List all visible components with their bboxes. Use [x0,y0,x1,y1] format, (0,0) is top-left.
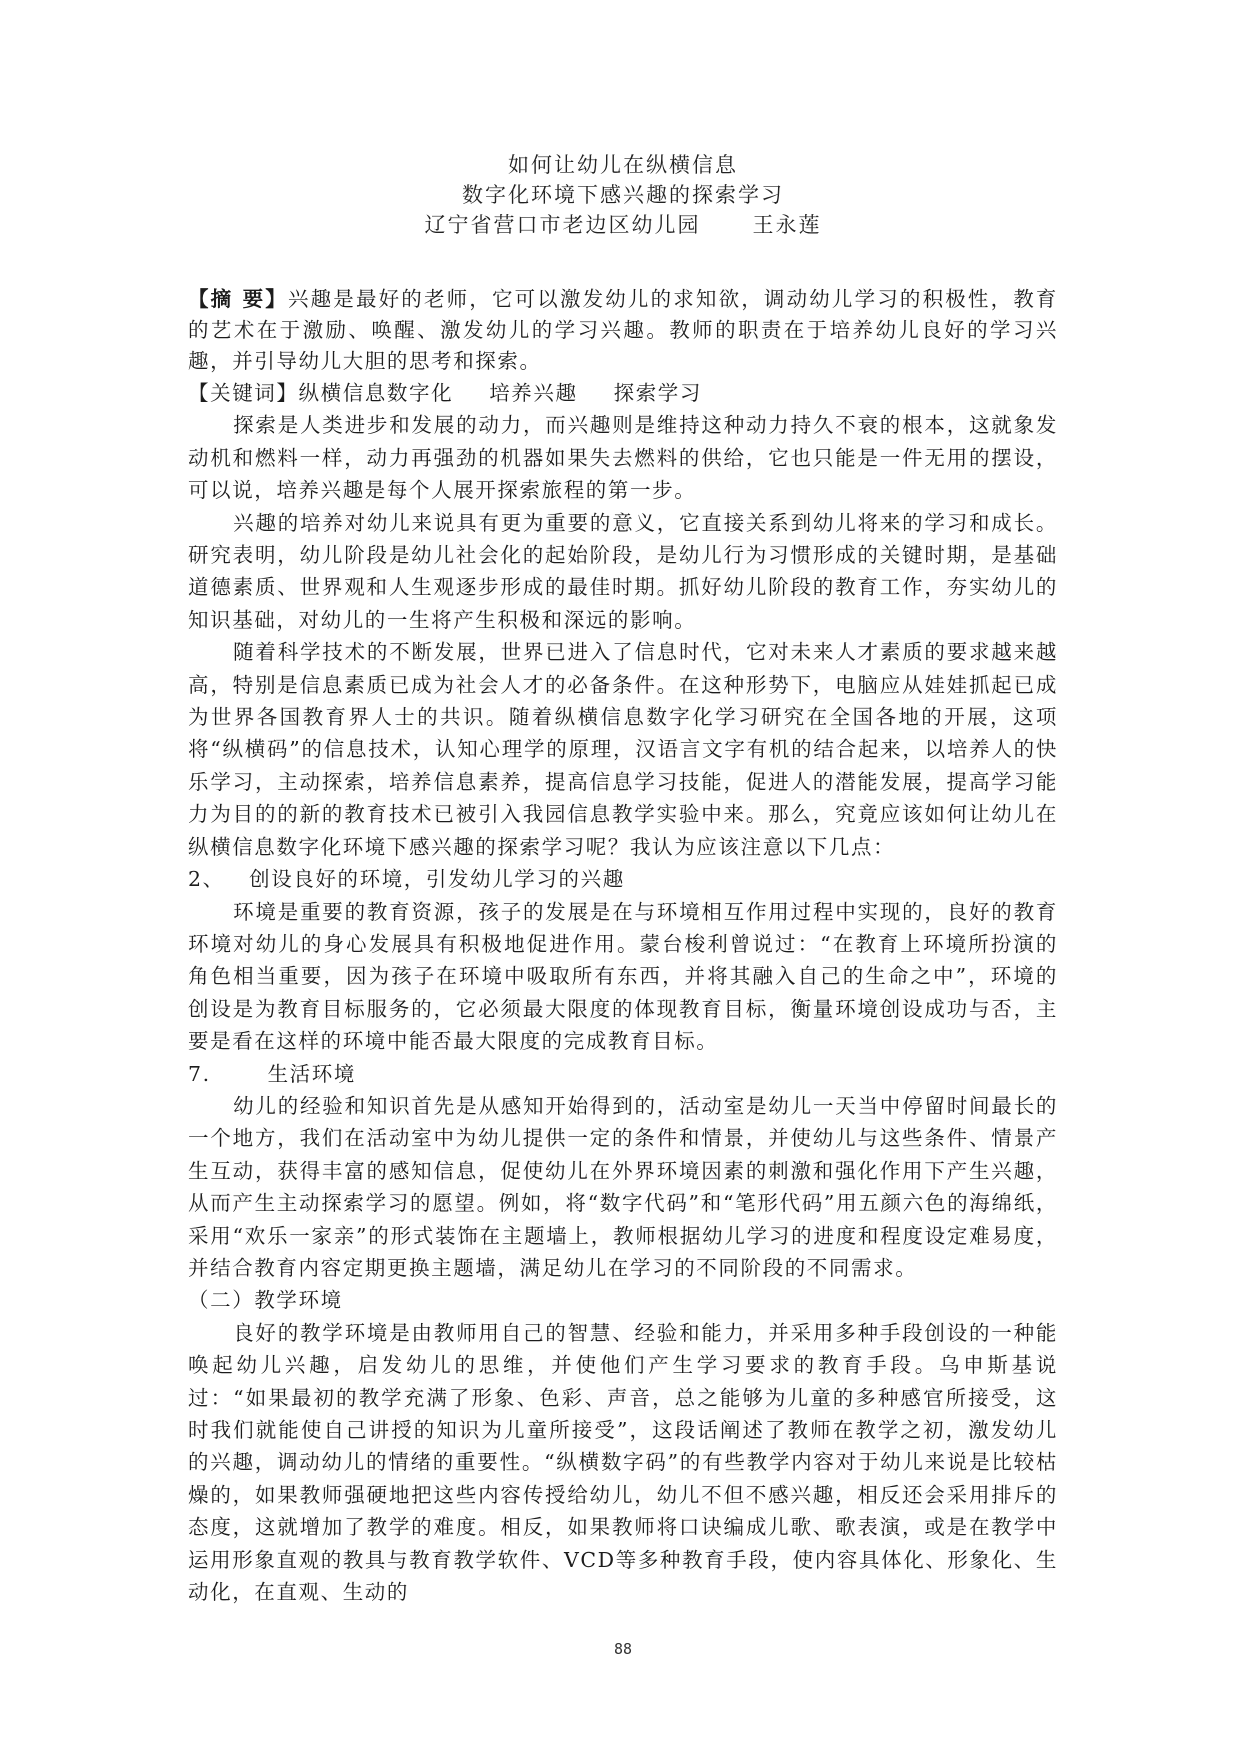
abstract-label: 【摘 要】 [188,287,288,311]
paragraph-2: 兴趣的培养对幼儿来说具有更为重要的意义，它直接关系到幼儿将来的学习和成长。研究表… [188,507,1058,637]
section-heading-teaching-environment: （二）教学环境 [188,1284,1058,1316]
keywords: 【关键词】纵横信息数字化培养兴趣探索学习 [188,377,1058,409]
keyword-2: 培养兴趣 [489,381,577,405]
abstract-text: 兴趣是最好的老师，它可以激发幼儿的求知欲，调动幼儿学习的积极性，教育的艺术在于激… [188,287,1058,373]
author-affiliation: 辽宁省营口市老边区幼儿园 王永莲 [0,210,1246,240]
title-line-1: 如何让幼儿在纵横信息 [0,150,1246,180]
section-heading-environment: 2、 创设良好的环境，引发幼儿学习的兴趣 [188,863,1058,895]
keyword-1: 纵横信息数字化 [299,381,454,405]
title-block: 如何让幼儿在纵横信息 数字化环境下感兴趣的探索学习 辽宁省营口市老边区幼儿园 王… [0,150,1246,240]
document-body: 【摘 要】兴趣是最好的老师，它可以激发幼儿的求知欲，调动幼儿学习的积极性，教育的… [188,284,1058,1608]
section-heading-living-environment: 7. 生活环境 [188,1058,1058,1090]
page-number: 88 [0,1640,1246,1658]
abstract: 【摘 要】兴趣是最好的老师，它可以激发幼儿的求知欲，调动幼儿学习的积极性，教育的… [188,284,1058,377]
paragraph-4: 环境是重要的教育资源，孩子的发展是在与环境相互作用过程中实现的，良好的教育环境对… [188,896,1058,1058]
paragraph-5: 幼儿的经验和知识首先是从感知开始得到的，活动室是幼儿一天当中停留时间最长的一个地… [188,1090,1058,1284]
keywords-label: 【关键词】 [188,381,299,405]
paragraph-3: 随着科学技术的不断发展，世界已进入了信息时代，它对未来人才素质的要求越来越高，特… [188,636,1058,863]
document-page: 如何让幼儿在纵横信息 数字化环境下感兴趣的探索学习 辽宁省营口市老边区幼儿园 王… [0,0,1246,1763]
paragraph-6: 良好的教学环境是由教师用自己的智慧、经验和能力，并采用多种手段创设的一种能唤起幼… [188,1317,1058,1609]
title-line-2: 数字化环境下感兴趣的探索学习 [0,180,1246,210]
paragraph-1: 探索是人类进步和发展的动力，而兴趣则是维持这种动力持久不衰的根本，这就象发动机和… [188,409,1058,506]
keyword-3: 探索学习 [614,381,702,405]
